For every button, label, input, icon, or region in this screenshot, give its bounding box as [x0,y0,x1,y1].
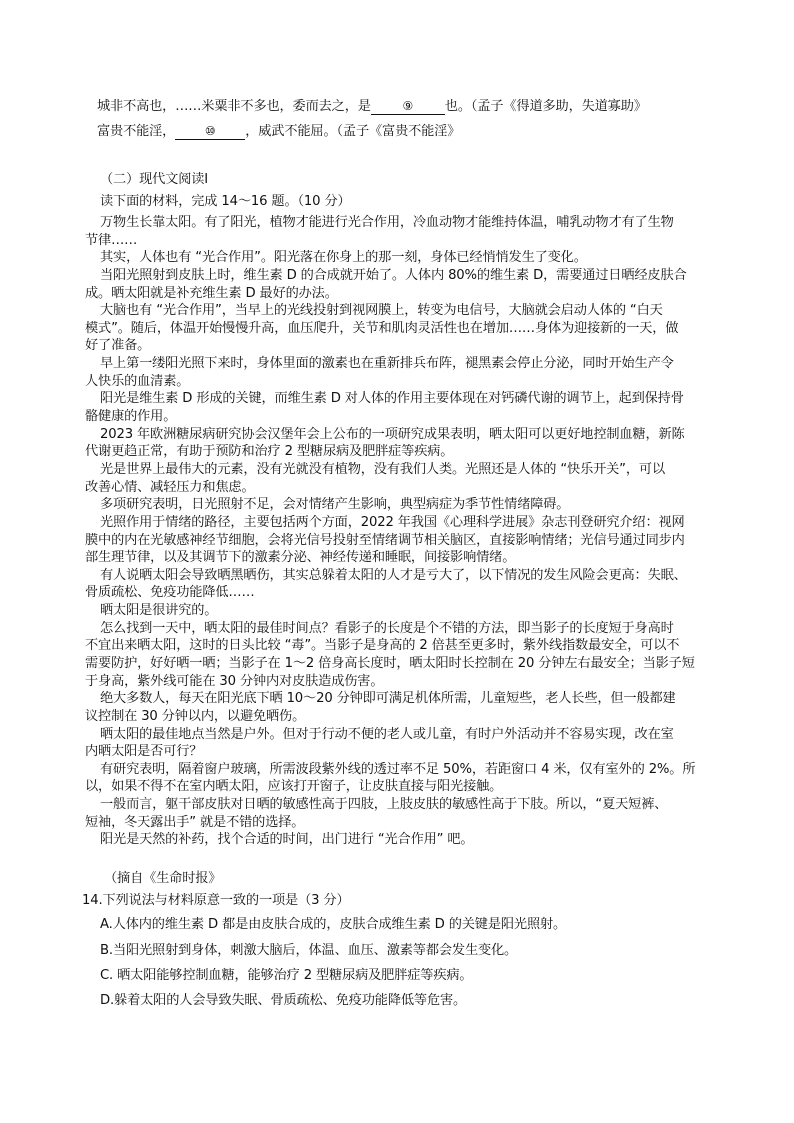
article-line: 一般而言，躯干部皮肤对日晒的敏感性高于四肢，上肢皮肤的敏感性高于下肢。所以，“夏… [100,797,667,813]
fill-blank-text-before: 富贵不能淫， [97,124,175,139]
article-line: 大脑也有 “光合作用”，当早上的光线投射到视网膜上，转变为电信号，大脑就会启动人… [100,303,663,319]
article-source: （摘自《生命时报》 [104,871,221,887]
article-line: 晒太阳的最佳地点当然是户外。但对于行动不便的老人或儿童，有时户外活动并不容易实现… [100,727,674,743]
article-line: 有研究表明，隔着窗户玻璃，所需波段紫外线的透过率不足 50%，若距窗口 4 米，… [100,762,695,778]
article-line: 人快乐的血清素。 [85,374,189,390]
section-instruction: 读下面的材料，完成 14～16 题。（10 分） [100,194,351,210]
article-line: 当阳光照射到皮肤上时，维生素 D 的合成就开始了。人体内 80%的维生素 D，需… [100,268,687,284]
fill-blank-text-after: ，威武不能屈。（孟子《富贵不能淫》 [245,124,460,139]
article-line: 骨质疏松、免疫功能降低…… [85,585,255,601]
article-line: 节律…… [85,233,137,249]
article-line: 内晒太阳是否可行？ [85,744,202,760]
article-line: 不宜出来晒太阳，这时的日头比较 “毒”。当影子是身高的 2 倍甚至更多时，紫外线… [85,638,679,654]
article-line: 多项研究表明，日光照射不足，会对情绪产生影响，典型病症为季节性情绪障碍。 [100,497,569,513]
article-line: 晒太阳是很讲究的。 [100,603,217,619]
article-line: 阳光是天然的补药，找个合适的时间，出门进行 “光合作用” 吧。 [100,832,473,848]
article-line: 部生理节律，以及其调节下的激素分泌、神经传递和睡眠，间接影响情绪。 [85,550,515,566]
article-line: 膜中的内在光敏感神经节细胞，会将光信号投射至情绪调节相关脑区，直接影响情绪；光信… [85,533,685,549]
option-b[interactable]: B.当阳光照射到身体，刺激大脑后，体温、血压、激素等都会发生变化。 [100,943,517,959]
article-line: 议控制在 30 分钟以内，以避免晒伤。 [85,709,305,725]
article-line: 有人说晒太阳会导致晒黑晒伤，其实总躲着太阳的人才是亏大了，以下情况的发生风险会更… [100,568,687,584]
article-line: 其实，人体也有 “光合作用”。阳光落在你身上的那一刻，身体已经悄悄发生了变化。 [100,250,587,266]
answer-blank-10[interactable]: ⑩ [175,124,245,140]
article-line: 需要防护，好好晒一晒；当影子在 1～2 倍身高长度时，晒太阳时长控制在 20 分… [85,656,695,672]
article-line: 绝大多数人，每天在阳光底下晒 10～20 分钟即可满足机体所需，儿童短些，老人长… [100,691,676,707]
option-d[interactable]: D.躲着太阳的人会导致失眠、骨质疏松、免疫功能降低等危害。 [100,993,466,1009]
option-a[interactable]: A.人体内的维生素 D 都是由皮肤合成的，皮肤合成维生素 D 的关键是阳光照射。 [100,917,566,933]
exam-page: 城非不高也，……米粟非不多也，委而去之，是⑨也。（孟子《得道多助，失道寡助》 富… [0,0,794,1123]
article-line: 短袖，冬天露出手” 就是不错的选择。 [85,815,304,831]
article-line: 成。晒太阳就是补充维生素 D 最好的办法。 [85,286,338,302]
question-stem: 14.下列说法与材料原意一致的一项是（3 分） [82,893,349,909]
fill-blank-line-9: 城非不高也，……米粟非不多也，委而去之，是⑨也。（孟子《得道多助，失道寡助》 [97,99,647,115]
fill-blank-text-after: 也。（孟子《得道多助，失道寡助》 [445,99,647,114]
article-line: 光是世界上最伟大的元素，没有光就没有植物，没有我们人类。光照还是人体的 “快乐开… [100,462,665,478]
article-line: 以，如果不得不在室内晒太阳，应该打开窗子，让皮肤直接与阳光接触。 [85,779,502,795]
section-heading: （二）现代文阅读Ⅰ [100,172,208,188]
article-line: 怎么找到一天中，晒太阳的最佳时间点？看影子的长度是个不错的方法，即当影子的长度短… [100,621,674,637]
answer-blank-9[interactable]: ⑨ [371,99,445,115]
article-line: 阳光是维生素 D 形成的关键，而维生素 D 对人体的作用主要体现在对钙磷代谢的调… [100,391,684,407]
article-line: 模式”。随后，体温开始慢慢升高，血压爬升，关节和肌肉灵活性也在增加……身体为迎接… [85,321,678,337]
article-line: 改善心情、减轻压力和焦虑。 [85,480,255,496]
article-line: 于身高，紫外线可能在 30 分钟内对皮肤造成伤害。 [85,674,383,690]
article-line: 光照作用于情绪的路径，主要包括两个方面，2022 年我国《心理科学进展》杂志刊登… [100,515,685,531]
article-line: 好了准备。 [85,338,150,354]
article-line: 万物生长靠太阳。有了阳光，植物才能进行光合作用，冷血动物才能维持体温，哺乳动物才… [100,215,674,231]
article-line: 骼健康的作用。 [85,409,176,425]
article-line: 早上第一缕阳光照下来时，身体里面的激素也在重新排兵布阵，褪黑素会停止分泌，同时开… [100,356,674,372]
fill-blank-line-10: 富贵不能淫，⑩，威武不能屈。（孟子《富贵不能淫》 [97,124,460,140]
option-c[interactable]: C. 晒太阳能够控制血糖，能够治疗 2 型糖尿病及肥胖症等疾病。 [100,968,472,984]
article-line: 2023 年欧洲糖尿病研究协会汉堡年会上公布的一项研究成果表明，晒太阳可以更好地… [100,427,685,443]
fill-blank-text-before: 城非不高也，……米粟非不多也，委而去之，是 [97,99,371,114]
article-line: 代谢更趋正常，有助于预防和治疗 2 型糖尿病及肥胖症等疾病。 [85,444,453,460]
